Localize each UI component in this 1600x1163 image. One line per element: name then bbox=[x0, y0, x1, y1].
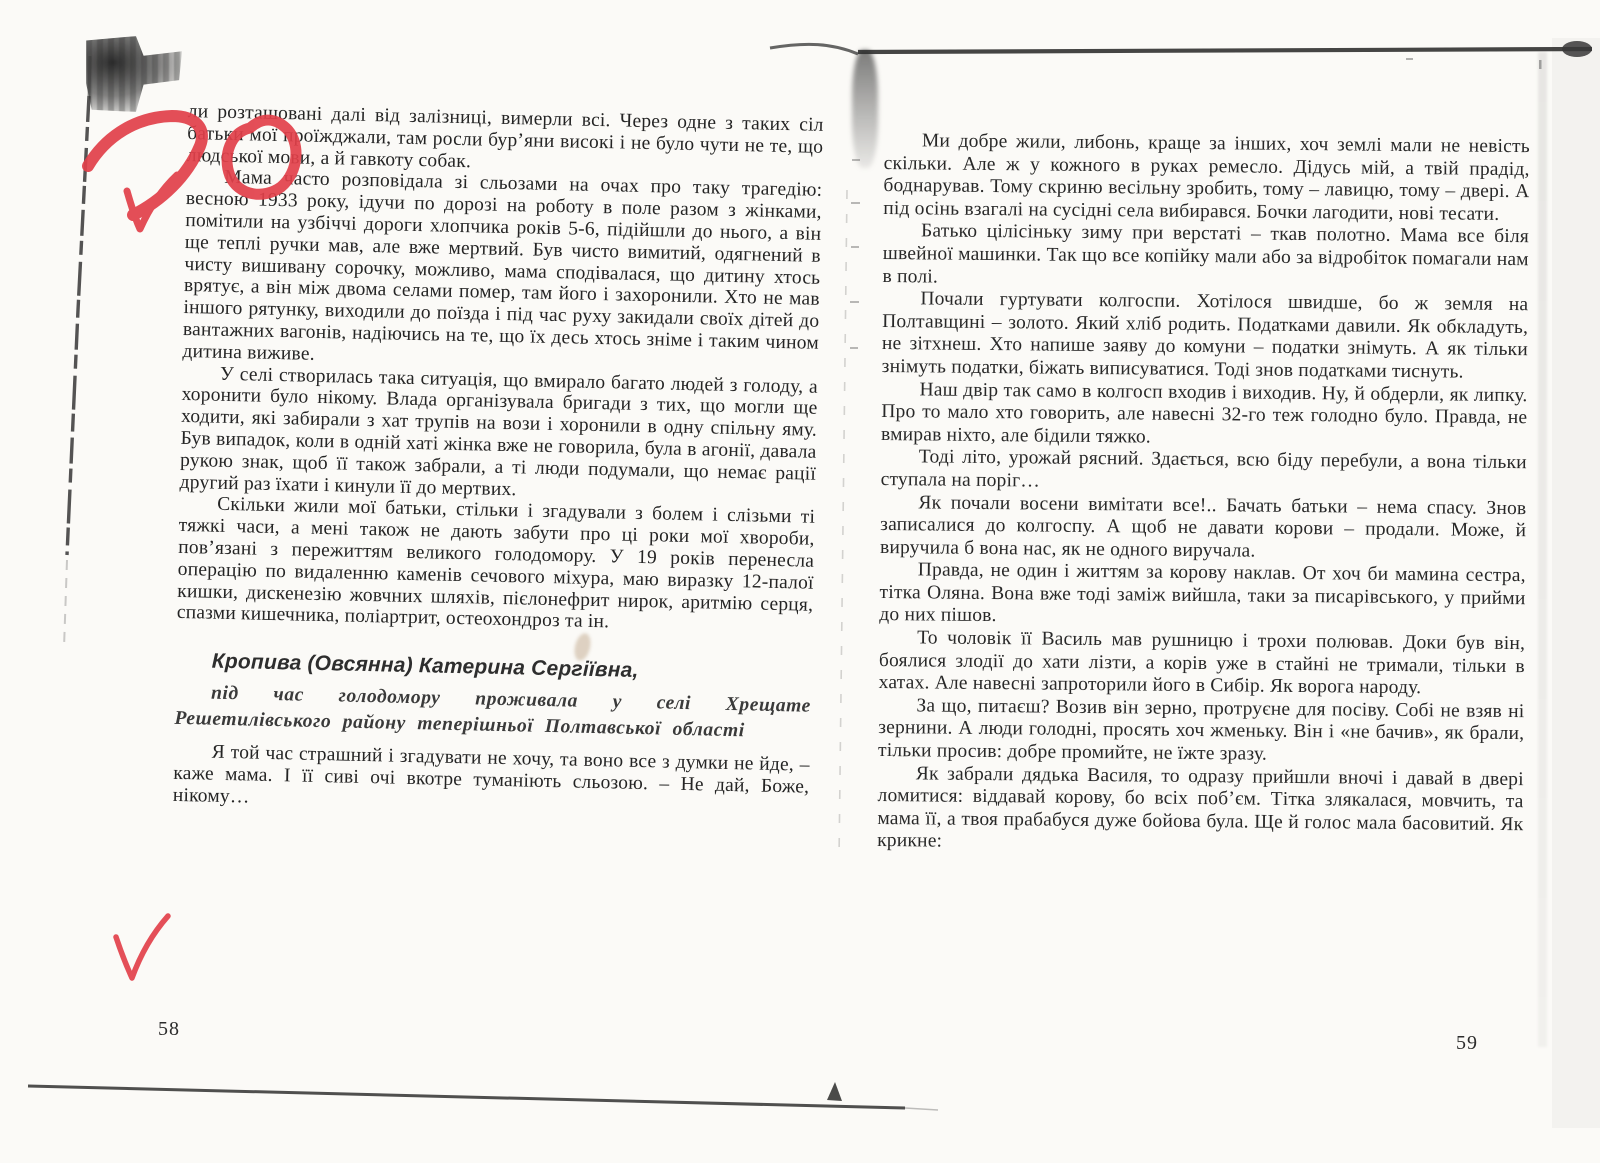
paragraph: Мама часто розповідала зі сльозами на оч… bbox=[182, 166, 822, 376]
paragraph: Як почали восени вимітати все!.. Бачать … bbox=[880, 491, 1527, 565]
paragraph: Правда, не один і життям за корову накла… bbox=[879, 559, 1526, 633]
paragraph: Почали гуртувати колгоспи. Хотілося швид… bbox=[882, 288, 1529, 385]
paragraph: Ми добре жили, либонь, краще за інших, х… bbox=[883, 130, 1530, 227]
paragraph: Як забрали дядька Василя, то одразу прий… bbox=[877, 763, 1524, 860]
left-page-text: ли розташовані далі від залізниці, вимер… bbox=[173, 101, 824, 820]
paragraph: У селі створилась така ситуація, що вмир… bbox=[179, 363, 818, 508]
paragraph: То чоловік її Василь мав рушницю і трохи… bbox=[879, 627, 1526, 701]
witness-residence-subheading: під час голодомору проживала у селі Хрещ… bbox=[174, 680, 811, 746]
page-number-left: 58 bbox=[158, 1018, 180, 1041]
paragraph: За що, питаєш? Возив він зерно, протруєн… bbox=[878, 695, 1525, 769]
paragraph: Тоді літо, урожай рясний. Здається, всю … bbox=[881, 446, 1527, 497]
paragraph: Скільки жили мої батьки, стільки і згаду… bbox=[177, 493, 816, 638]
right-page-text: Ми добре жили, либонь, краще за інших, х… bbox=[877, 130, 1530, 859]
paragraph: Наш двір так само в колгосп входив і вих… bbox=[881, 379, 1528, 453]
paragraph: Батько цілісіньку зиму при верстаті – тк… bbox=[882, 220, 1529, 294]
paragraph: Я той час страшний і згадувати не хочу, … bbox=[173, 741, 810, 820]
book-scan: { "colors": { "annotation_red": "#e2404a… bbox=[0, 0, 1600, 1163]
page-number-right: 59 bbox=[1456, 1032, 1478, 1055]
